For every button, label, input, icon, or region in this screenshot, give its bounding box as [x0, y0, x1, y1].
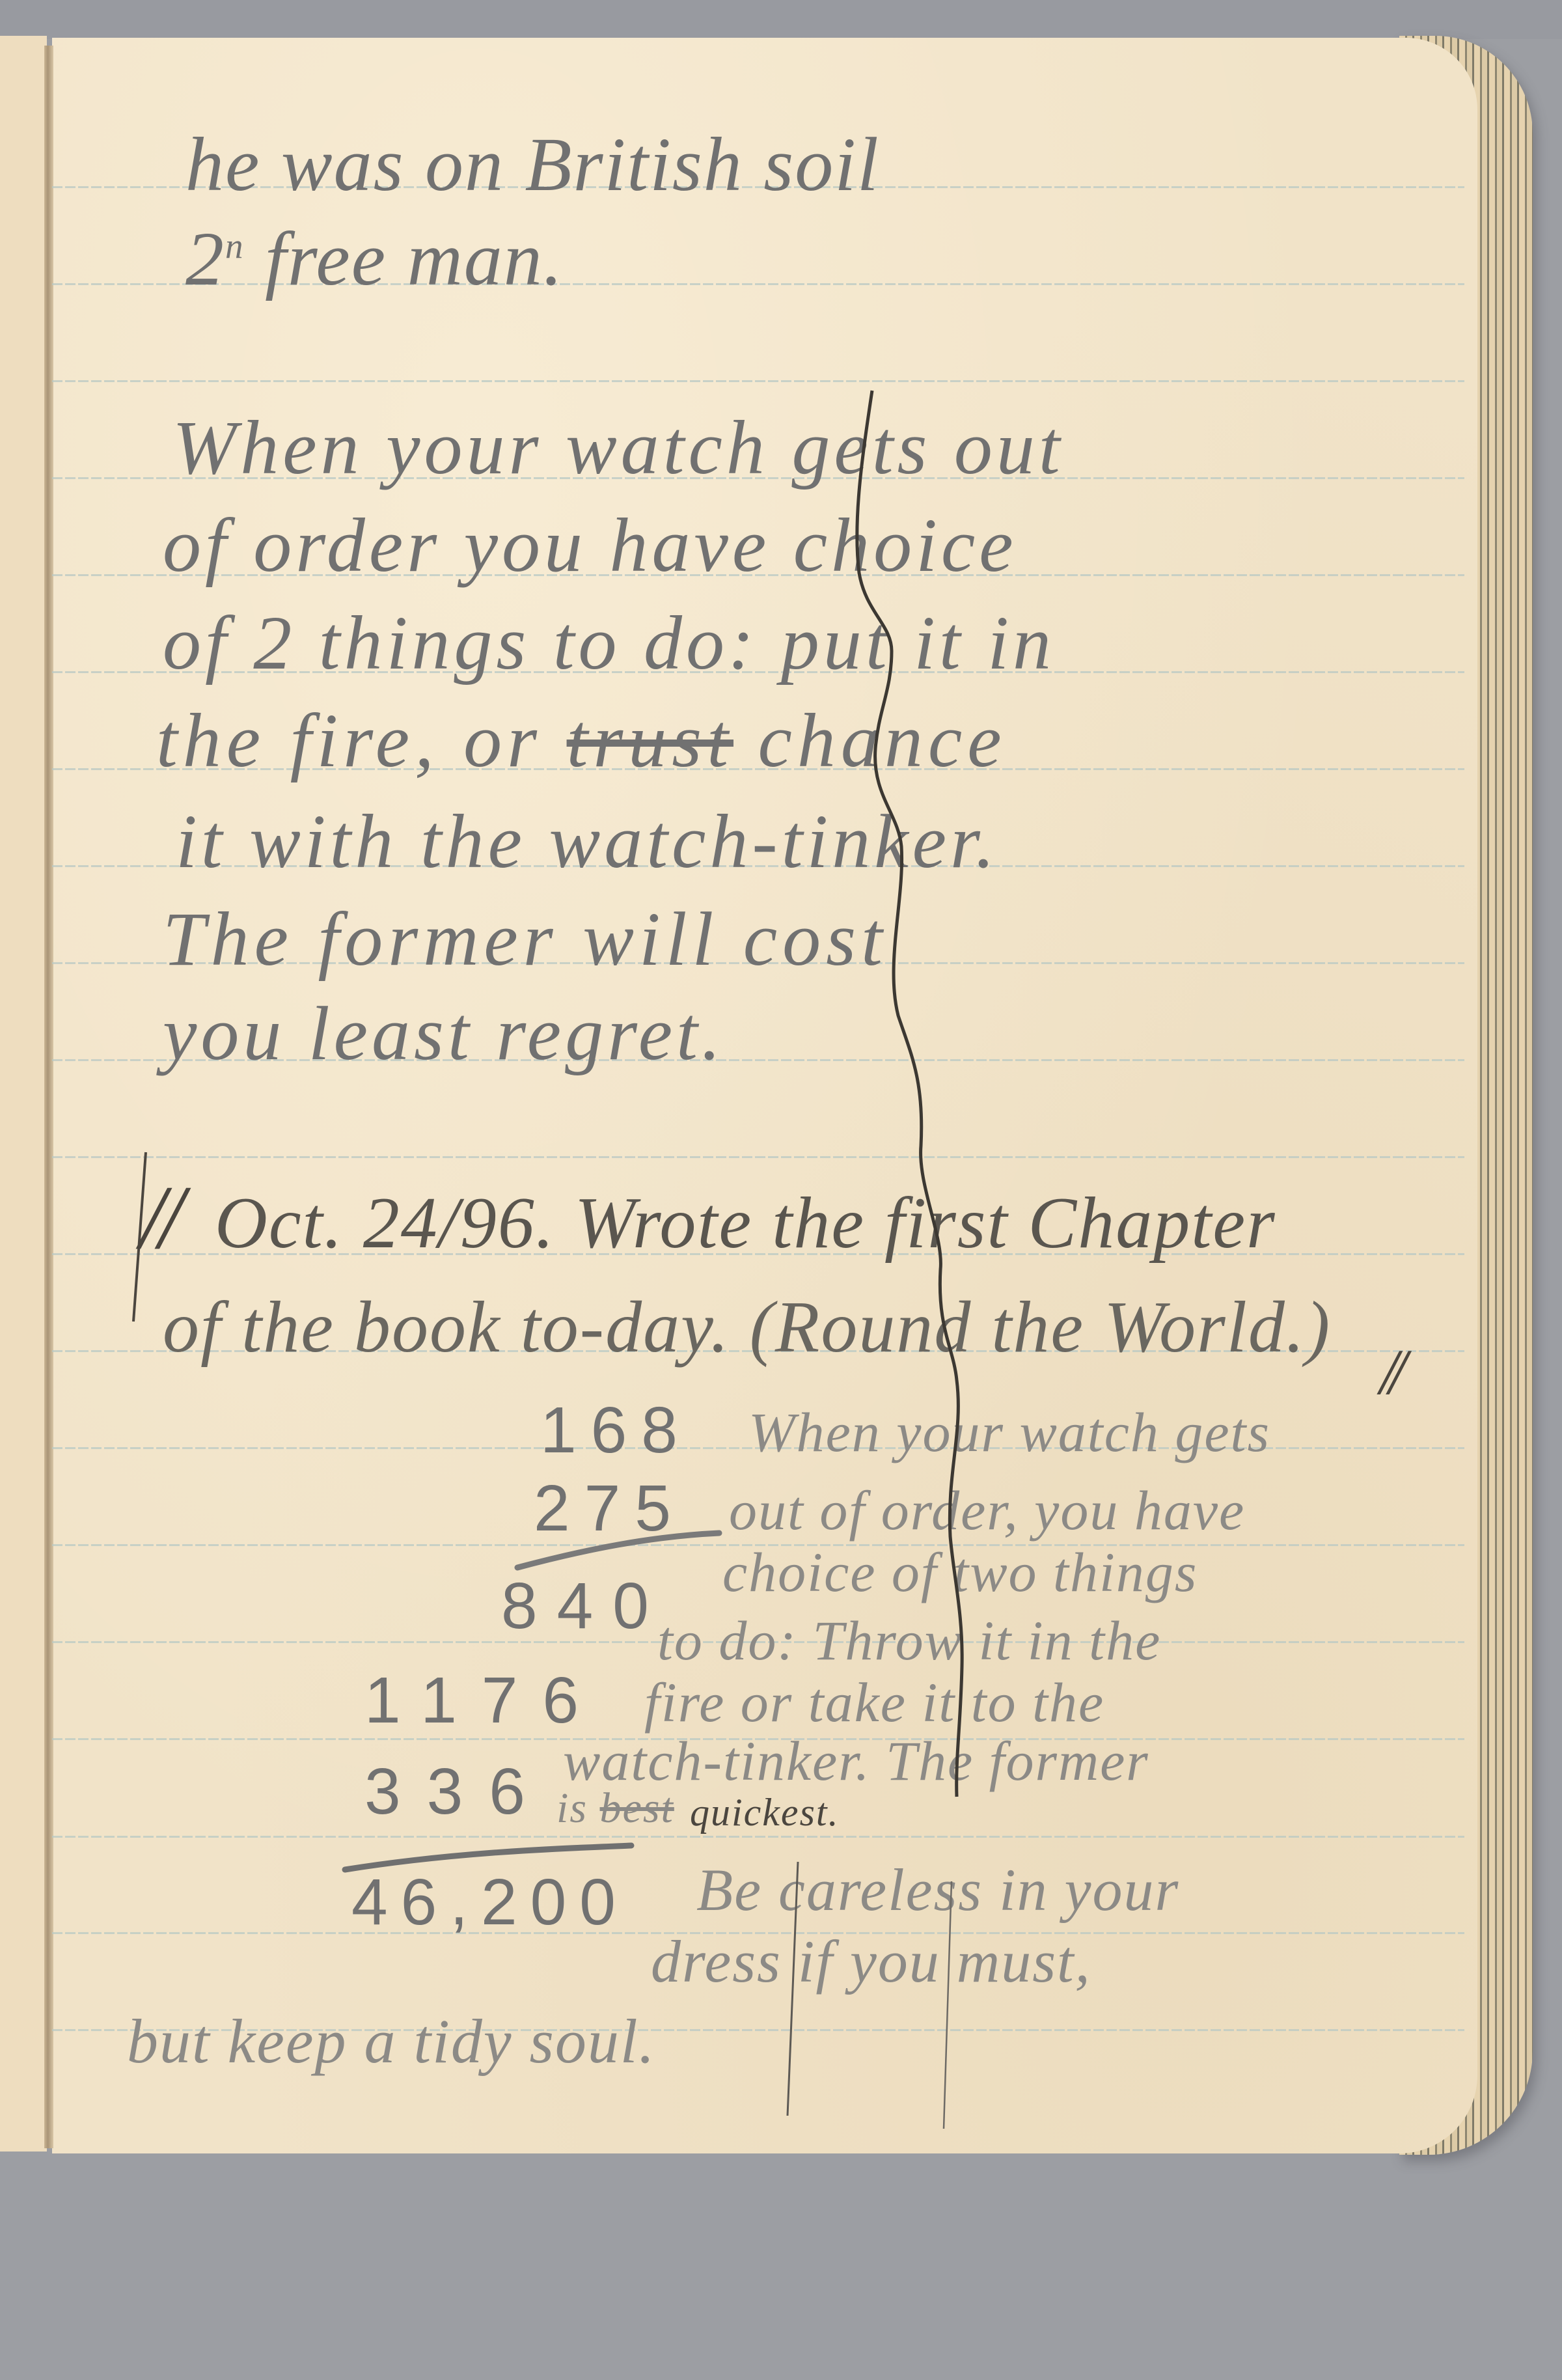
- vertical-divider: [944, 1881, 952, 2129]
- vertical-divider: [788, 1862, 798, 2116]
- calc-underline: [517, 1533, 719, 1568]
- calc-underline: [345, 1846, 631, 1870]
- wavy-cancel-line: [857, 391, 962, 1797]
- pen-strokes-overlay: [0, 0, 1562, 2380]
- margin-mark: [133, 1152, 146, 1321]
